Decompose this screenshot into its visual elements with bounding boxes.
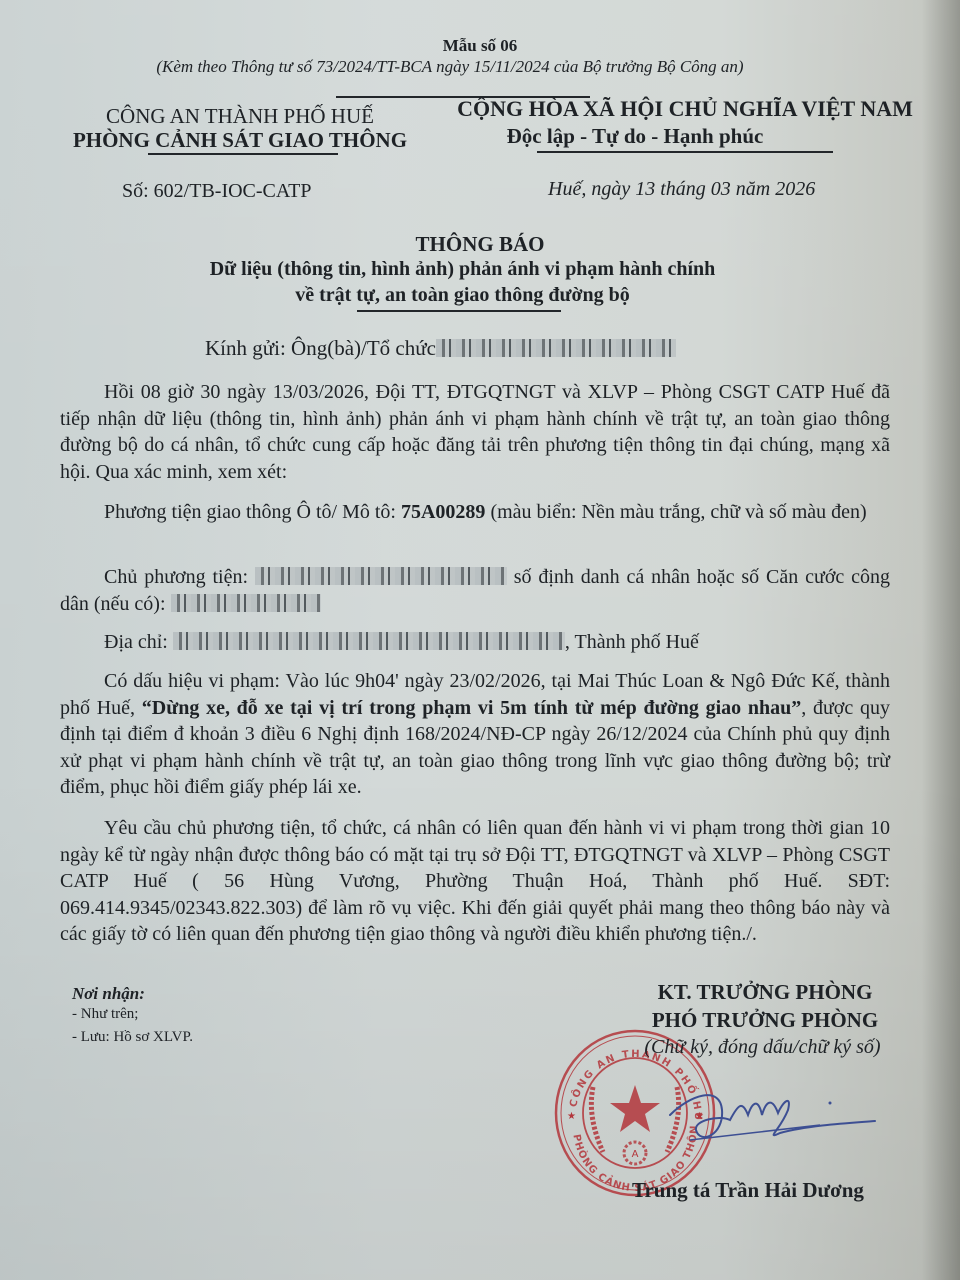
- form-reference: (Kèm theo Thông tư số 73/2024/TT-BCA ngà…: [0, 57, 900, 77]
- divider: [148, 153, 338, 155]
- svg-text:A: A: [632, 1149, 639, 1160]
- svg-text:★: ★: [567, 1111, 576, 1122]
- paragraph-address: Địa chỉ: , Thành phố Huế: [60, 629, 890, 656]
- issuer-department: PHÒNG CẢNH SÁT GIAO THÔNG: [50, 128, 430, 153]
- handwritten-signature: [660, 1075, 890, 1155]
- signature-title: PHÓ TRƯỞNG PHÒNG: [600, 1008, 930, 1033]
- form-number: Mẫu số 06: [0, 36, 960, 56]
- national-title: CỘNG HÒA XÃ HỘI CHỦ NGHĨA VIỆT NAM: [440, 96, 930, 122]
- document-subtitle: về trật tự, an toàn giao thông đường bộ: [0, 284, 925, 307]
- redacted-owner-name: [255, 567, 507, 585]
- document-subtitle: Dữ liệu (thông tin, hình ảnh) phản ánh v…: [0, 258, 925, 281]
- document-title: THÔNG BÁO: [0, 232, 960, 257]
- paragraph-vehicle: Phương tiện giao thông Ô tô/ Mô tô: 75A0…: [60, 499, 890, 526]
- redacted-address: [173, 632, 565, 650]
- license-plate: 75A00289: [401, 501, 485, 523]
- violation-description: “Dừng xe, đỗ xe tại vị trí trong phạm vi…: [142, 697, 801, 719]
- national-motto: Độc lập - Tự do - Hạnh phúc: [440, 124, 830, 149]
- paragraph-receipt: Hồi 08 giờ 30 ngày 13/03/2026, Đội TT, Đ…: [60, 379, 890, 485]
- redacted-owner-id: [171, 594, 321, 612]
- paragraph-owner: Chủ phương tiện: số định danh cá nhân ho…: [60, 564, 890, 617]
- paragraph-request: Yêu cầu chủ phương tiện, tổ chức, cá nhâ…: [60, 815, 890, 948]
- divider: [357, 310, 561, 312]
- document-number: Số: 602/TB-IOC-CATP: [122, 180, 311, 203]
- document-date: Huế, ngày 13 tháng 03 năm 2026: [548, 178, 815, 201]
- signature-note: (Chữ ký, đóng dấu/chữ ký số): [595, 1036, 930, 1059]
- paragraph-violation: Có dấu hiệu vi phạm: Vào lúc 9h04' ngày …: [60, 668, 890, 801]
- greeting-prefix: Kính gửi: Ông(bà)/Tổ chức: [205, 336, 436, 360]
- greeting: Kính gửi: Ông(bà)/Tổ chức: [205, 336, 676, 361]
- recipient-item: - Như trên;: [72, 1006, 138, 1023]
- issuer-agency: CÔNG AN THÀNH PHỐ HUẾ: [50, 104, 430, 129]
- redacted-recipient: [436, 339, 676, 357]
- signature-authority: KT. TRƯỞNG PHÒNG: [600, 980, 930, 1005]
- recipient-item: - Lưu: Hồ sơ XLVP.: [72, 1029, 193, 1046]
- signer-name: Trung tá Trần Hải Dương: [632, 1178, 864, 1203]
- recipients-title: Nơi nhận:: [72, 984, 145, 1004]
- divider: [537, 151, 833, 153]
